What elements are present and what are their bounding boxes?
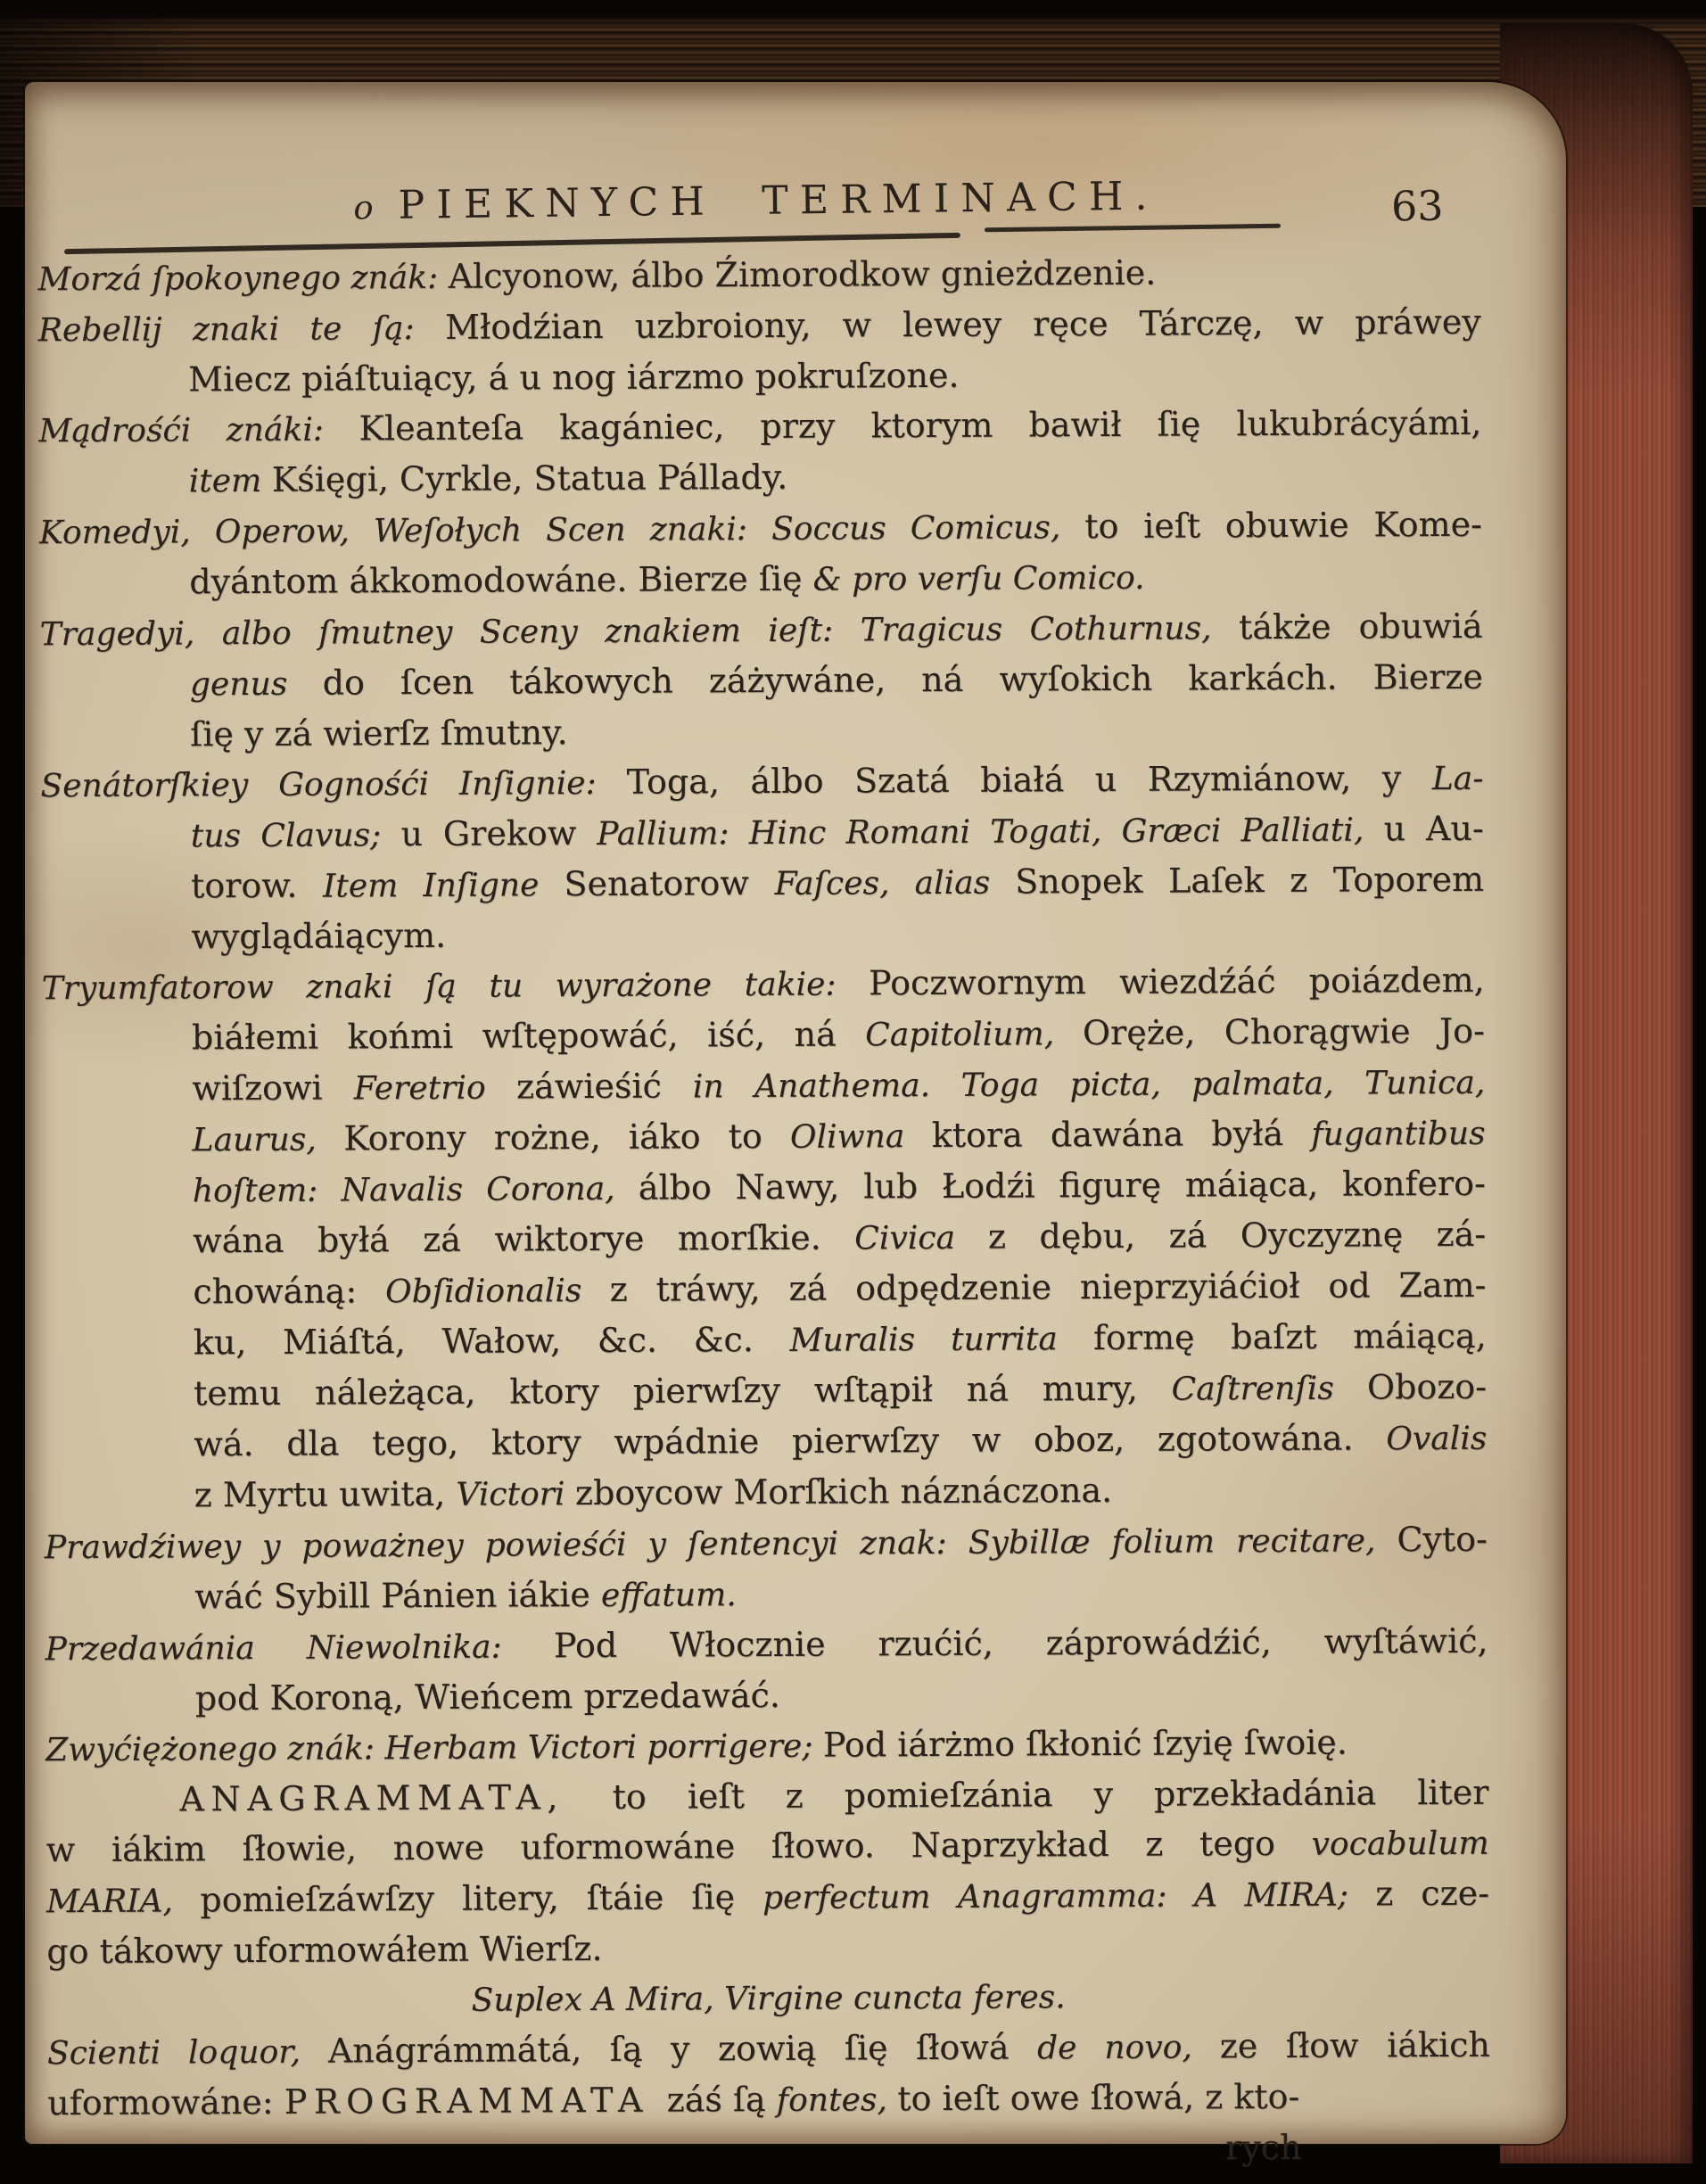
italic-text: Oliwna bbox=[790, 1117, 932, 1156]
italic-text: perfectum Anagramma: bbox=[762, 1876, 1194, 1916]
italic-text: Hinc Romani Togati, Græci Palliati, bbox=[749, 811, 1384, 852]
body-text-segment: Pod Włocznie rzućić, záprowádźić, wyſtáw… bbox=[554, 1621, 1488, 1665]
text-line: hoſtem: Navalis Corona, álbo Nawy, lub Ł… bbox=[43, 1158, 1486, 1216]
body-text-segment: to ieſt owe ſłowá, z kto- bbox=[897, 2077, 1299, 2118]
text-line: MARIA, pomieſzáwſzy litery, ſtáie ſię pe… bbox=[46, 1868, 1489, 1926]
text-line: go tákowy uformowáłem Wierſz. bbox=[46, 1919, 1489, 1976]
entry: ANAGRAMMATA, to ieſt z pomieſzánia y prz… bbox=[45, 1768, 1489, 1976]
italic-text: Item Inſigne bbox=[323, 866, 565, 904]
italic-text: Faſces, alias bbox=[774, 864, 1015, 902]
text-line: pod Koroną, Wieńcem przedawáć. bbox=[45, 1667, 1488, 1724]
body-text-segment: tákże obuwiá bbox=[1239, 606, 1483, 647]
body-text-segment: wá. dla tego, ktory wpádnie pierwſzy w o… bbox=[194, 1418, 1386, 1463]
italic-text: Senátorſkiey Gognośći Inſignie: bbox=[40, 764, 626, 804]
running-head-title: PIEKNYCH TERMINACH. bbox=[398, 173, 1159, 227]
body-text-segment: w iákim ſłowie, nowe uformowáne ſłowo. N… bbox=[46, 1824, 1312, 1869]
entry: Tragedyi, albo ſmutney Sceny znakiem ieſ… bbox=[39, 601, 1483, 760]
text-line: Mądrośći znáki: Kleanteſa kagániec, przy… bbox=[38, 398, 1481, 456]
italic-text: Mądrośći znáki: bbox=[38, 410, 359, 449]
body-text-segment: chowáną: bbox=[193, 1271, 385, 1311]
body-text-segment: wáć Sybill Pánien iákie bbox=[194, 1575, 601, 1616]
text-line: torow. Item Inſigne Senatorow Faſces, al… bbox=[41, 854, 1484, 912]
italic-text: Scienti loquor, bbox=[47, 2033, 328, 2073]
italic-text: Pallium: bbox=[597, 814, 749, 853]
italic-text: Muralis turrita bbox=[789, 1320, 1093, 1359]
body-text-segment: pod Koroną, Wieńcem przedawáć. bbox=[195, 1676, 780, 1718]
entry: Mądrośći znáki: Kleanteſa kagániec, przy… bbox=[38, 398, 1482, 507]
text-line: ku, Miáſtá, Wałow, &c. &c. Muralis turri… bbox=[44, 1311, 1487, 1369]
body-text-segment: Obozo- bbox=[1367, 1367, 1487, 1407]
body-text-segment: Cyto- bbox=[1397, 1520, 1488, 1560]
text-line: wána byłá zá wiktorye morſkie. Civica z … bbox=[43, 1209, 1486, 1267]
entry: Komedyi, Operow, Weſołych Scen znaki: So… bbox=[39, 499, 1483, 608]
text-line: Morzá ſpokoynego znák: Alcyonow, álbo Źi… bbox=[37, 246, 1480, 304]
text-line: Senátorſkiey Gognośći Inſignie: Toga, ál… bbox=[40, 753, 1483, 811]
body-text: Morzá ſpokoynego znák: Alcyonow, álbo Źi… bbox=[37, 246, 1490, 2179]
italic-text: Laurus, bbox=[192, 1120, 343, 1158]
body-text-segment: Toga, álbo Szatá białá u Rzymiánow, y bbox=[627, 758, 1432, 802]
body-text-segment: Miecz piáſtuiący, á u nog iárzmo pokruſz… bbox=[188, 356, 960, 400]
running-head: oPIEKNYCH TERMINACH. bbox=[248, 172, 1265, 230]
body-text-segment: Oręże, Chorągwie Jo- bbox=[1083, 1011, 1485, 1052]
body-text-segment: go tákowy uformowáłem Wierſz. bbox=[46, 1929, 602, 1971]
body-text-segment: ANAGRAMMATA, bbox=[179, 1777, 613, 1819]
entry: Prawdźiwey y poważney powieśći y ſentenc… bbox=[45, 1514, 1488, 1623]
italic-text: de novo, bbox=[1037, 2028, 1220, 2066]
body-text-segment: Kleanteſa kagániec, przy ktorym bawił ſi… bbox=[359, 403, 1481, 449]
text-line: item Kśięgi, Cyrkle, Statua Pállady. bbox=[39, 449, 1482, 507]
body-text-segment: Poczwornym wiezdźáć poiázdem, bbox=[869, 960, 1485, 1003]
text-line: Laurus, Korony rożne, iáko to Oliwna kto… bbox=[42, 1108, 1485, 1166]
text-line: Scienti loquor, Anágrámmátá, ſą y zowią … bbox=[47, 2020, 1490, 2078]
body-text-segment: pomieſzáwſzy litery, ſtáie ſię bbox=[200, 1877, 762, 1919]
text-line: genus do ſcen tákowych záżywáne, ná wyſo… bbox=[40, 652, 1483, 710]
body-text-segment: u Grekow bbox=[400, 813, 597, 853]
text-line: z Myrtu uwita, Victori zboycow Morſkich … bbox=[45, 1463, 1488, 1521]
paper-page: oPIEKNYCH TERMINACH. 63 Morzá ſpokoynego… bbox=[25, 82, 1566, 2144]
body-text-segment: wána byłá zá wiktorye morſkie. bbox=[193, 1217, 854, 1260]
italic-text: A MIRA; bbox=[1194, 1875, 1376, 1914]
text-line: wiſzowi Feretrio záwieśić in Anathema. T… bbox=[42, 1057, 1485, 1115]
italic-text: item bbox=[189, 462, 272, 499]
italic-text: hoſtem: bbox=[193, 1171, 342, 1209]
entry: Senátorſkiey Gognośći Inſignie: Toga, ál… bbox=[40, 753, 1484, 962]
text-line: ſię y zá wierſz ſmutny. bbox=[40, 703, 1483, 760]
text-line: Suplex A Mira, Virgine cuncta feres. bbox=[46, 1969, 1489, 2027]
body-text-segment: temu náleżąca, ktory pierwſzy wſtąpił ná… bbox=[194, 1369, 1172, 1413]
italic-text: Sybillæ folium recitare, bbox=[968, 1521, 1397, 1562]
body-text-segment: PROGRAMMATA bbox=[284, 2081, 667, 2122]
body-text-segment: Snopek Laſek z Toporem bbox=[1015, 860, 1484, 902]
italic-text: fugantibus bbox=[1311, 1115, 1486, 1153]
text-line: wyglądáiącym. bbox=[41, 905, 1484, 962]
body-text-segment: ſię y zá wierſz ſmutny. bbox=[190, 713, 568, 754]
italic-text: & pro verſu Comico. bbox=[812, 559, 1144, 598]
italic-text: Navalis Corona, bbox=[341, 1170, 638, 1209]
italic-text: La- bbox=[1432, 760, 1484, 797]
body-text-segment: to ieſt obuwie Kome- bbox=[1084, 505, 1482, 546]
italic-text: Tryumfatorow znaki ſą tu wyrażone takie: bbox=[42, 965, 869, 1007]
text-line: tus Clavus; u Grekow Pallium: Hinc Roman… bbox=[41, 804, 1484, 861]
entry: Morzá ſpokoynego znák: Alcyonow, álbo Źi… bbox=[37, 246, 1480, 304]
scanned-book-page: oPIEKNYCH TERMINACH. 63 Morzá ſpokoynego… bbox=[0, 0, 1706, 2184]
text-line: temu náleżąca, ktory pierwſzy wſtąpił ná… bbox=[44, 1362, 1487, 1420]
body-text-segment: álbo Nawy, lub Łodźi figurę máiąca, konf… bbox=[639, 1164, 1486, 1207]
italic-text: fontes, bbox=[777, 2081, 898, 2119]
italic-text: Tragicus Cothurnus, bbox=[861, 609, 1240, 648]
italic-text: MARIA, bbox=[46, 1882, 201, 1920]
body-text-segment: záś ſą bbox=[667, 2080, 777, 2120]
body-text-segment: z cze- bbox=[1375, 1874, 1489, 1914]
body-text-segment: z dębu, zá Oyczyznę zá- bbox=[988, 1215, 1486, 1257]
body-text-segment: ze ſłow iákich bbox=[1220, 2025, 1490, 2066]
italic-text: Toga picta, palmata, Tunica, bbox=[960, 1064, 1485, 1104]
body-text-segment: wiſzowi bbox=[192, 1067, 354, 1108]
text-line: Prawdźiwey y poważney powieśći y ſentenc… bbox=[45, 1514, 1488, 1572]
header-rule-right bbox=[985, 224, 1281, 233]
italic-text: Suplex A Mira, Virgine cuncta feres. bbox=[472, 1978, 1066, 2018]
body-text-segment: Korony rożne, iáko to bbox=[343, 1117, 790, 1158]
italic-text: Capitolium, bbox=[865, 1015, 1083, 1053]
italic-text: Przedawánia Niewolnika: bbox=[45, 1628, 554, 1668]
italic-text: Feretrio bbox=[354, 1068, 517, 1107]
italic-text: Prawdźiwey y poważney powieśći y ſentenc… bbox=[45, 1524, 968, 1566]
italic-text: Zwyćiężonego znák: bbox=[45, 1729, 384, 1768]
text-line: Tryumfatorow znaki ſą tu wyrażone takie:… bbox=[42, 955, 1485, 1013]
text-line: chowáną: Obſidionalis z tráwy, zá odpędz… bbox=[43, 1260, 1486, 1318]
italic-text: tus Clavus; bbox=[191, 816, 401, 854]
italic-text: genus bbox=[190, 665, 323, 704]
entries: Morzá ſpokoynego znák: Alcyonow, álbo Źi… bbox=[37, 246, 1490, 2129]
italic-text: Victori bbox=[456, 1475, 575, 1513]
body-text-segment: wyglądáiącym. bbox=[191, 916, 446, 956]
body-text-segment: biáłemi końmi wſtępowáć, iść, ná bbox=[192, 1014, 865, 1057]
text-line: w iákim ſłowie, nowe uformowáne ſłowo. N… bbox=[46, 1817, 1489, 1875]
body-text-segment: torow. bbox=[191, 866, 323, 906]
entry: Zwyćiężonego znák: Herbam Victori porrig… bbox=[45, 1717, 1488, 1775]
body-text-segment: ku, Miáſtá, Wałow, &c. &c. bbox=[194, 1320, 790, 1363]
italic-text: effatum. bbox=[601, 1576, 737, 1614]
body-text-segment: zboycow Morſkich náznáczona. bbox=[575, 1471, 1112, 1512]
body-text-segment: dyántom ákkomodowáne. Bierze ſię bbox=[189, 559, 813, 602]
italic-text: Rebellij znaki te ſą: bbox=[38, 309, 445, 349]
text-line: Miecz piáſtuiący, á u nog iárzmo pokruſz… bbox=[38, 348, 1481, 405]
italic-text: Caſtrenſis bbox=[1171, 1369, 1367, 1407]
body-text-segment: Alcyonow, álbo Źimorodkow gnieżdzenie. bbox=[449, 253, 1157, 296]
body-text-segment: formę baſzt máiącą, bbox=[1093, 1316, 1487, 1357]
catchword: rych bbox=[47, 2122, 1490, 2179]
italic-text: in Anathema. bbox=[693, 1067, 961, 1106]
body-text-segment: záwieśić bbox=[516, 1066, 693, 1106]
entry: Suplex A Mira, Virgine cuncta feres. bbox=[46, 1969, 1489, 2027]
body-text-segment: do ſcen tákowych záżywáne, ná wyſokich k… bbox=[323, 657, 1483, 703]
text-line: Przedawánia Niewolnika: Pod Włocznie rzu… bbox=[45, 1616, 1488, 1674]
body-text-segment: Senatorow bbox=[564, 863, 774, 903]
entry: Scienti loquor, Anágrámmátá, ſą y zowią … bbox=[47, 2020, 1491, 2129]
running-head-prefix: o bbox=[353, 188, 375, 227]
page-number: 63 bbox=[1391, 182, 1444, 231]
text-line: wáć Sybill Pánien iákie effatum. bbox=[45, 1565, 1488, 1623]
body-text-segment: uformowáne: bbox=[47, 2082, 284, 2122]
entry: Tryumfatorow znaki ſą tu wyrażone takie:… bbox=[42, 955, 1488, 1521]
body-text-segment: Anágrámmátá, ſą y zowią ſię ſłowá bbox=[328, 2027, 1037, 2070]
italic-text: Morzá ſpokoynego znák: bbox=[37, 259, 448, 298]
text-line: uformowáne: PROGRAMMATA záś ſą fontes, t… bbox=[47, 2071, 1490, 2129]
italic-text: Herbam Victori porrigere; bbox=[384, 1727, 823, 1768]
italic-text: vocabulum bbox=[1311, 1825, 1488, 1863]
italic-text: Obſidionalis bbox=[385, 1272, 610, 1310]
text-line: ANAGRAMMATA, to ieſt z pomieſzánia y prz… bbox=[45, 1768, 1488, 1825]
text-line: Komedyi, Operow, Weſołych Scen znaki: So… bbox=[39, 499, 1482, 557]
text-line: dyántom ákkomodowáne. Bierze ſię & pro v… bbox=[39, 550, 1482, 608]
italic-text: Komedyi, Operow, Weſołych Scen znaki: bbox=[39, 510, 771, 551]
body-text-segment: to ieſt z pomieſzánia y przekładánia lit… bbox=[613, 1773, 1489, 1817]
body-text-segment: Młodźian uzbroiony, w lewey ręce Tárczę,… bbox=[445, 302, 1481, 347]
text-line: Zwyćiężonego znák: Herbam Victori porrig… bbox=[45, 1717, 1488, 1775]
text-line: wá. dla tego, ktory wpádnie pierwſzy w o… bbox=[44, 1413, 1487, 1471]
body-text-segment: Kśięgi, Cyrkle, Statua Pállady. bbox=[272, 457, 788, 499]
text-line: Rebellij znaki te ſą: Młodźian uzbroiony… bbox=[38, 297, 1481, 355]
body-text-segment: u Au- bbox=[1384, 809, 1484, 849]
body-text-segment: z tráwy, zá odpędzenie nieprzyiáćioł od … bbox=[610, 1265, 1487, 1309]
body-text-segment: ktora dawána byłá bbox=[932, 1114, 1312, 1155]
italic-text: Tragedyi, albo ſmutney Sceny znakiem ieſ… bbox=[39, 611, 860, 653]
body-text-segment: Pod iárżmo ſkłonić ſzyię ſwoię. bbox=[823, 1723, 1347, 1765]
italic-text: Ovalis bbox=[1386, 1420, 1487, 1458]
entry: Rebellij znaki te ſą: Młodźian uzbroiony… bbox=[38, 297, 1482, 405]
italic-text: Soccus Comicus, bbox=[771, 508, 1084, 548]
italic-text: Civica bbox=[854, 1219, 988, 1257]
body-text-segment: z Myrtu uwita, bbox=[194, 1474, 457, 1515]
text-line: biáłemi końmi wſtępowáć, iść, ná Capitol… bbox=[42, 1006, 1485, 1064]
text-line: Tragedyi, albo ſmutney Sceny znakiem ieſ… bbox=[39, 601, 1482, 659]
entry: Przedawánia Niewolnika: Pod Włocznie rzu… bbox=[45, 1616, 1488, 1724]
